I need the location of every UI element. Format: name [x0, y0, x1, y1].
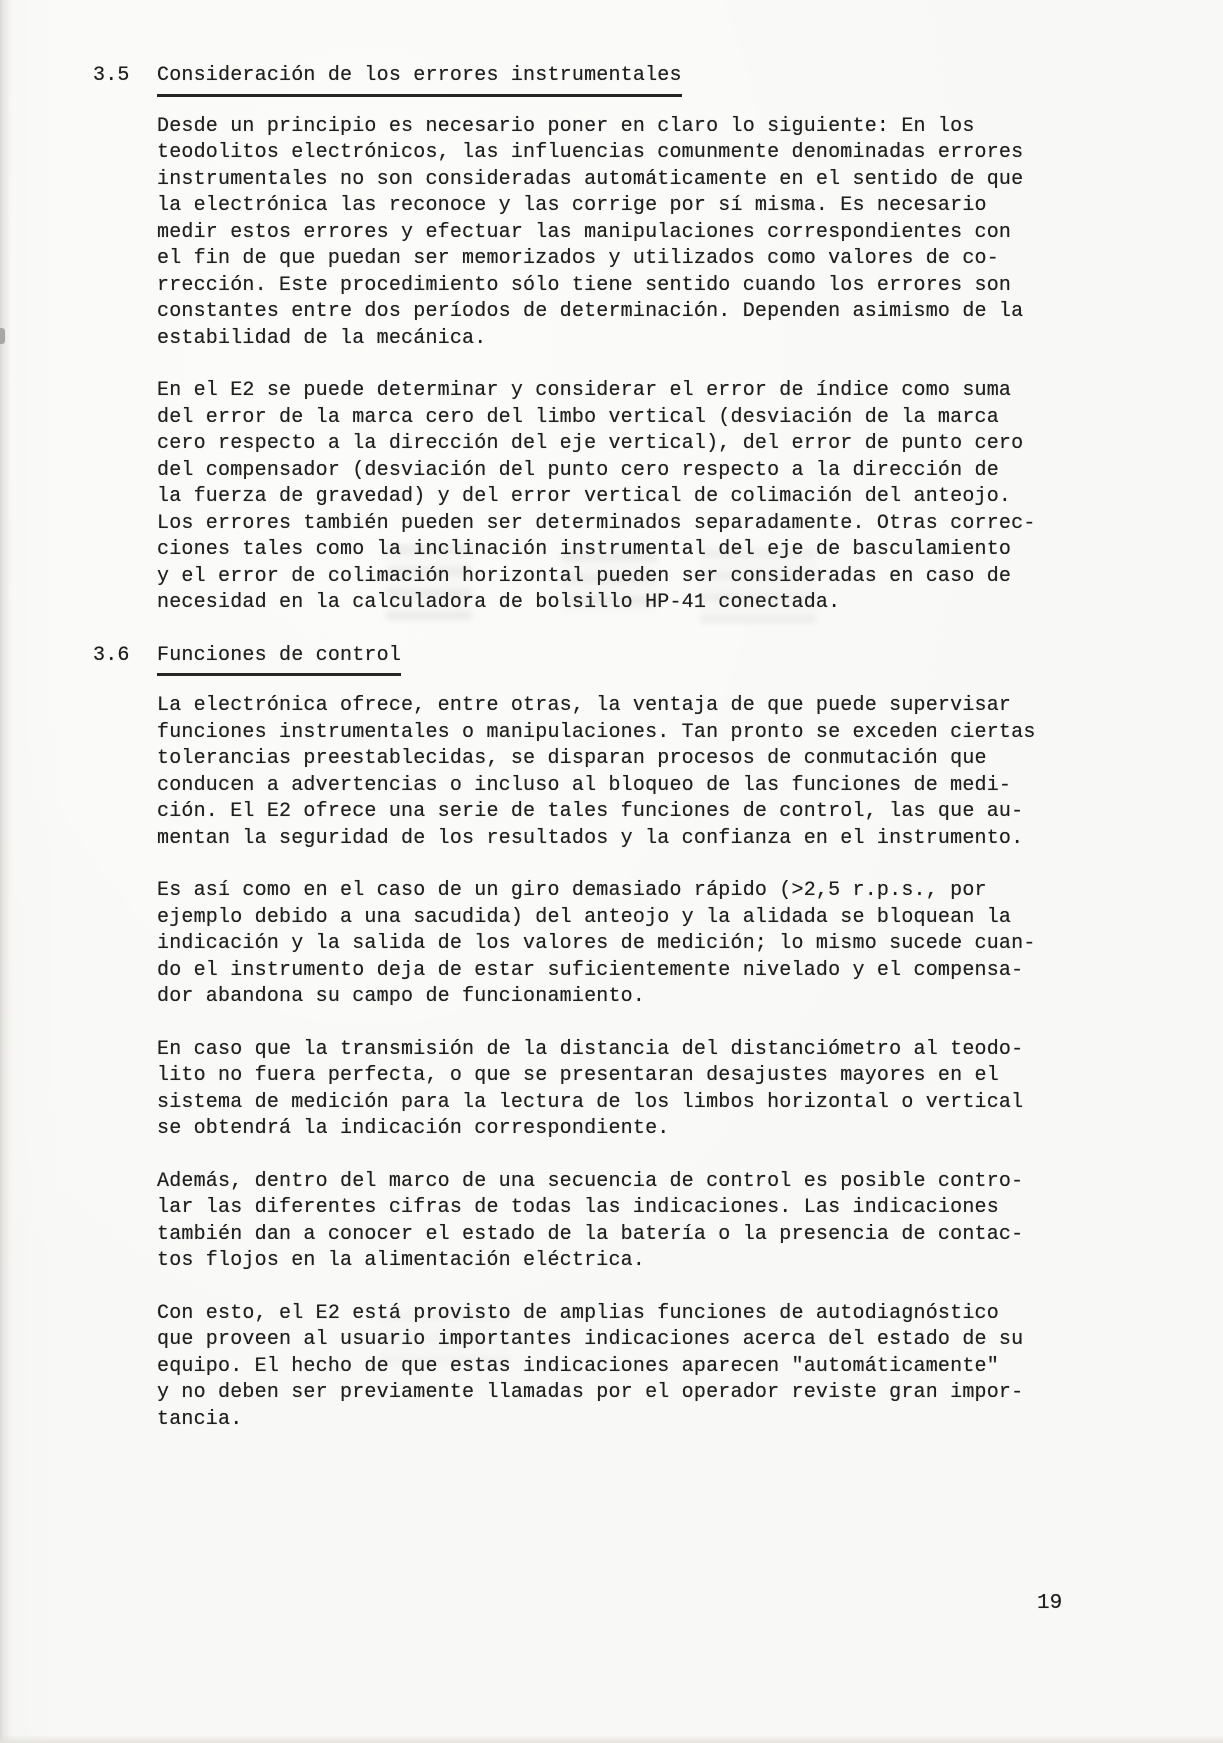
page-content: 3.5Consideración de los errores instrume… — [0, 0, 1223, 1433]
section-title: Consideración de los errores instrumenta… — [157, 63, 682, 97]
section-title: Funciones de control — [157, 643, 401, 677]
section-number: 3.6 — [93, 643, 157, 670]
scan-edge-shadow-bottom — [0, 1735, 1223, 1743]
section-number: 3.5 — [93, 63, 157, 90]
paragraph: Es así como en el caso de un giro demasi… — [157, 878, 1077, 1011]
paragraph: La electrónica ofrece, entre otras, la v… — [157, 693, 1077, 852]
page-number: 19 — [1037, 1592, 1062, 1615]
section-heading-3-5: 3.5Consideración de los errores instrume… — [93, 63, 1223, 97]
paragraph: En el E2 se puede determinar y considera… — [157, 378, 1077, 617]
paragraph: Con esto, el E2 está provisto de amplias… — [157, 1301, 1077, 1434]
section-heading-3-6: 3.6Funciones de control — [93, 643, 1223, 677]
scanned-page: 3.5Consideración de los errores instrume… — [0, 0, 1223, 1743]
paragraph: Además, dentro del marco de una secuenci… — [157, 1169, 1077, 1275]
paragraph: Desde un principio es necesario poner en… — [157, 114, 1077, 353]
paragraph: En caso que la transmisión de la distanc… — [157, 1037, 1077, 1143]
